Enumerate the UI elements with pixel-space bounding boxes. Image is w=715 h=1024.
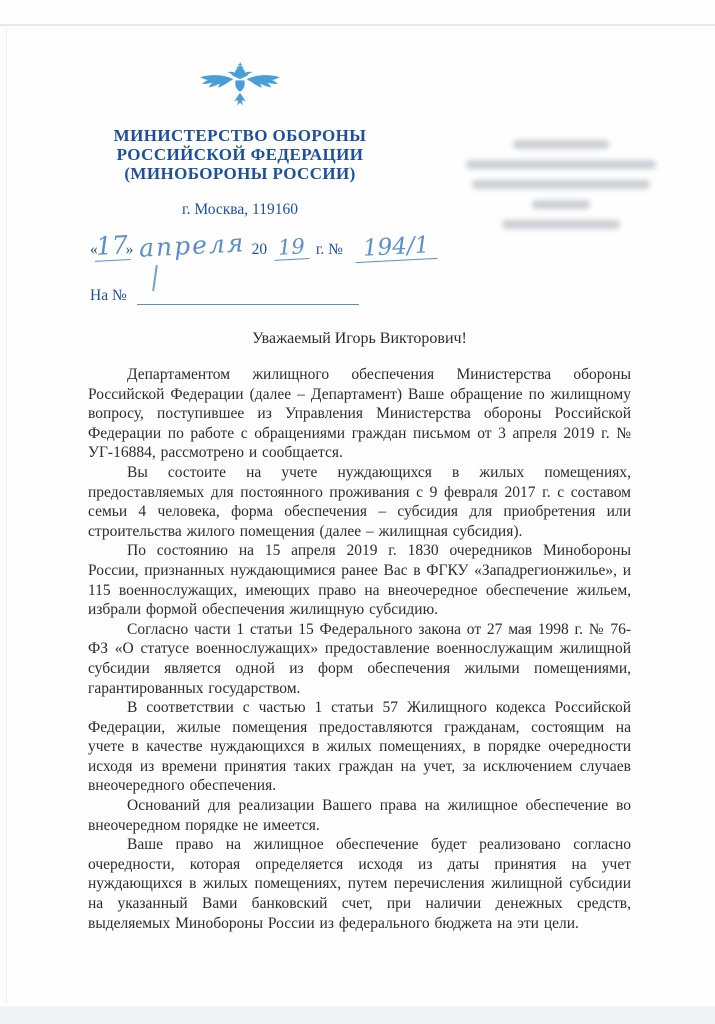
redacted-address-line [502, 220, 620, 229]
body-paragraph: По состоянию на 15 апреля 2019 г. 1830 о… [88, 541, 631, 619]
redacted-address-line [466, 160, 656, 169]
paragraphs: Департаментом жилищного обеспечения Мини… [88, 365, 631, 933]
city-postal-line: г. Москва, 119160 [90, 201, 390, 219]
body-paragraph: Оснований для реализации Вашего права на… [88, 796, 631, 835]
scan-artifact-bottom-band [0, 1006, 715, 1024]
org-name-line1: МИНИСТЕРСТВО ОБОРОНЫ [90, 126, 390, 145]
handwritten-outgoing-number: 194/1 [354, 232, 438, 263]
redacted-address-line [513, 140, 609, 149]
handwritten-year: 19 [273, 234, 309, 261]
body-paragraph: Департаментом жилищного обеспечения Мини… [88, 365, 631, 463]
reply-ref-label: На № [90, 287, 127, 305]
printed-century: 20 [252, 241, 268, 258]
org-name-line2: РОССИЙСКОЙ ФЕДЕРАЦИИ [90, 145, 390, 164]
letter-body: Уважаемый Игорь Викторович! Департаменто… [88, 330, 631, 933]
body-paragraph: Вы состоите на учете нуждающихся в жилых… [88, 463, 631, 541]
redacted-address-line [472, 180, 650, 189]
scanned-letter-page: МИНИСТЕРСТВО ОБОРОНЫ РОССИЙСКОЙ ФЕДЕРАЦИ… [0, 0, 715, 1024]
mod-double-eagle-emblem-icon [197, 56, 283, 118]
body-paragraph: Согласно части 1 статьи 15 Федерального … [88, 620, 631, 698]
date-number-line: « 17 » апреля 20 19 г. № 194/1 [90, 231, 390, 271]
org-name-line3: (МИНОБОРОНЫ РОССИИ) [90, 164, 390, 183]
body-paragraph: Ваше право на жилищное обеспечение будет… [88, 835, 631, 933]
handwritten-month: апреля [139, 228, 247, 263]
scan-artifact-left-edge [6, 24, 7, 1004]
recipient-address-redacted [442, 140, 680, 240]
handwritten-day: 17 [93, 230, 130, 262]
salutation: Уважаемый Игорь Викторович! [88, 330, 631, 348]
reply-reference-line: На № [90, 287, 390, 305]
printed-year-suffix: г. № [316, 241, 343, 258]
reply-ref-blank-underline [137, 289, 359, 305]
scan-artifact-top-line [0, 24, 715, 26]
body-paragraph: В соответствии с частью 1 статьи 57 Жили… [88, 698, 631, 796]
redacted-address-line [532, 200, 590, 209]
letterhead: МИНИСТЕРСТВО ОБОРОНЫ РОССИЙСКОЙ ФЕДЕРАЦИ… [90, 56, 390, 305]
